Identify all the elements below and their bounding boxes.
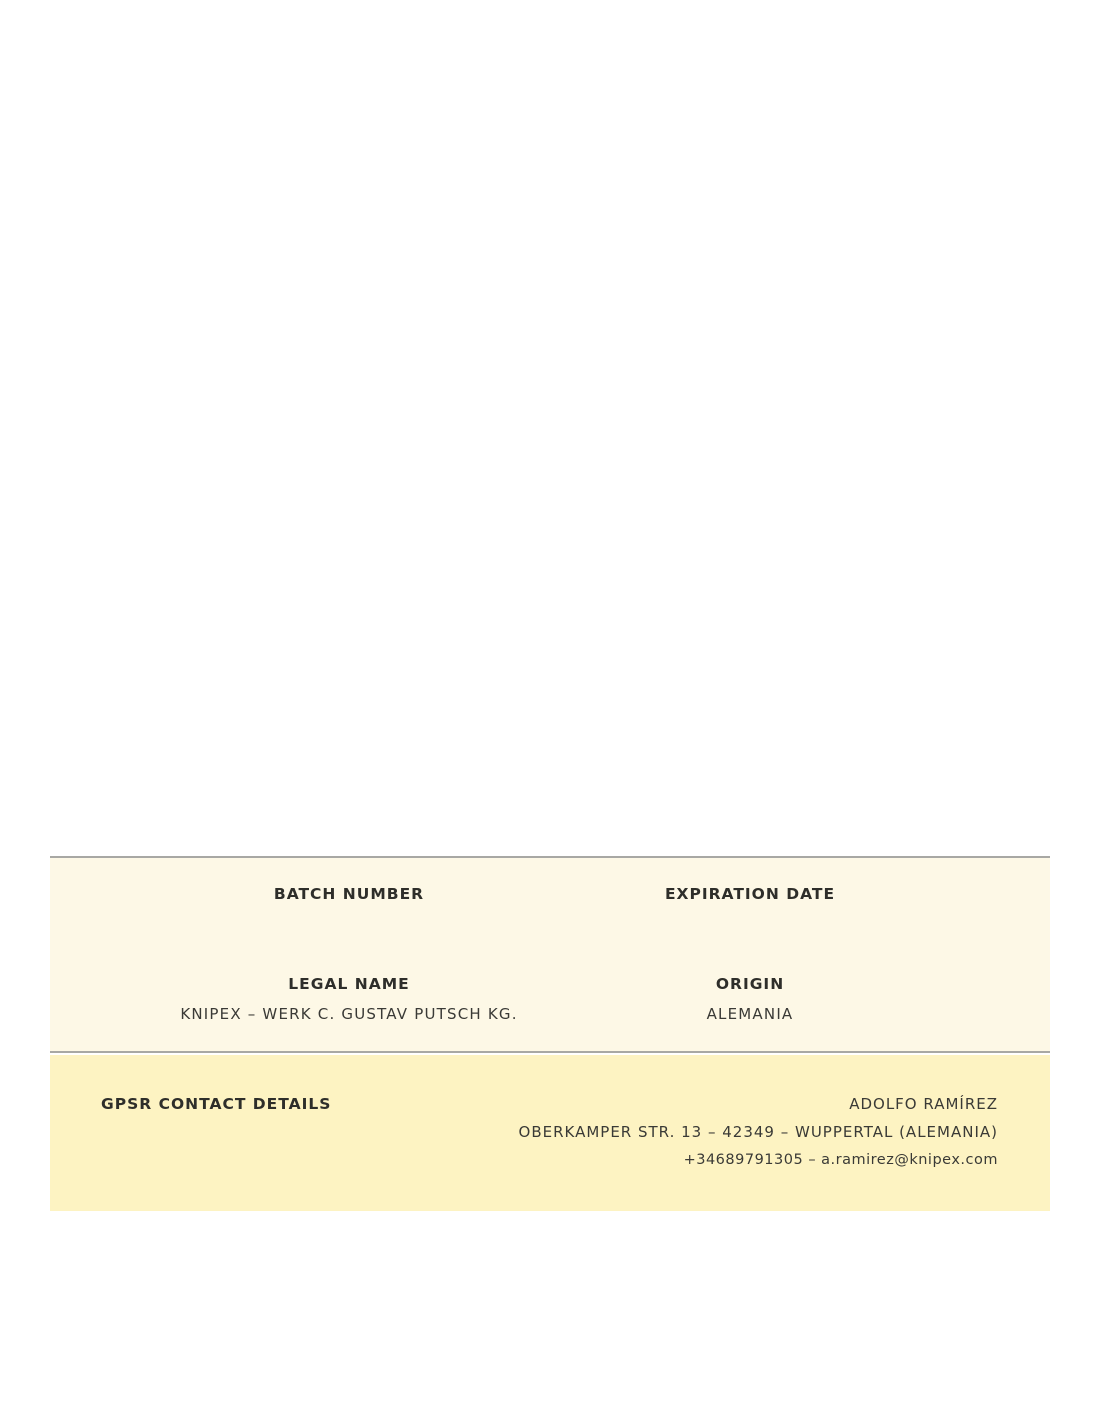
contact-phone-email: +34689791305 – a.ramirez@knipex.com <box>519 1151 998 1179</box>
batch-number-field: BATCH NUMBER <box>149 885 549 915</box>
gpsr-contact-label: GPSR CONTACT DETAILS <box>101 1095 331 1113</box>
contact-name: ADOLFO RAMÍREZ <box>519 1095 998 1123</box>
batch-number-label: BATCH NUMBER <box>149 885 549 903</box>
origin-label: ORIGIN <box>550 975 950 993</box>
contact-address: OBERKAMPER STR. 13 – 42349 – WUPPERTAL (… <box>519 1123 998 1151</box>
gpsr-contact-lines: ADOLFO RAMÍREZ OBERKAMPER STR. 13 – 4234… <box>519 1095 998 1179</box>
legal-name-label: LEGAL NAME <box>149 975 549 993</box>
origin-field: ORIGIN ALEMANIA <box>550 975 950 1023</box>
gpsr-contact-block: GPSR CONTACT DETAILS ADOLFO RAMÍREZ OBER… <box>50 1055 1050 1211</box>
expiration-date-field: EXPIRATION DATE <box>550 885 950 915</box>
legal-name-value: KNIPEX – WERK C. GUSTAV PUTSCH KG. <box>149 1005 549 1023</box>
expiration-date-label: EXPIRATION DATE <box>550 885 950 903</box>
origin-value: ALEMANIA <box>550 1005 950 1023</box>
legal-name-field: LEGAL NAME KNIPEX – WERK C. GUSTAV PUTSC… <box>149 975 549 1023</box>
product-info-block: BATCH NUMBER EXPIRATION DATE LEGAL NAME … <box>50 856 1050 1053</box>
